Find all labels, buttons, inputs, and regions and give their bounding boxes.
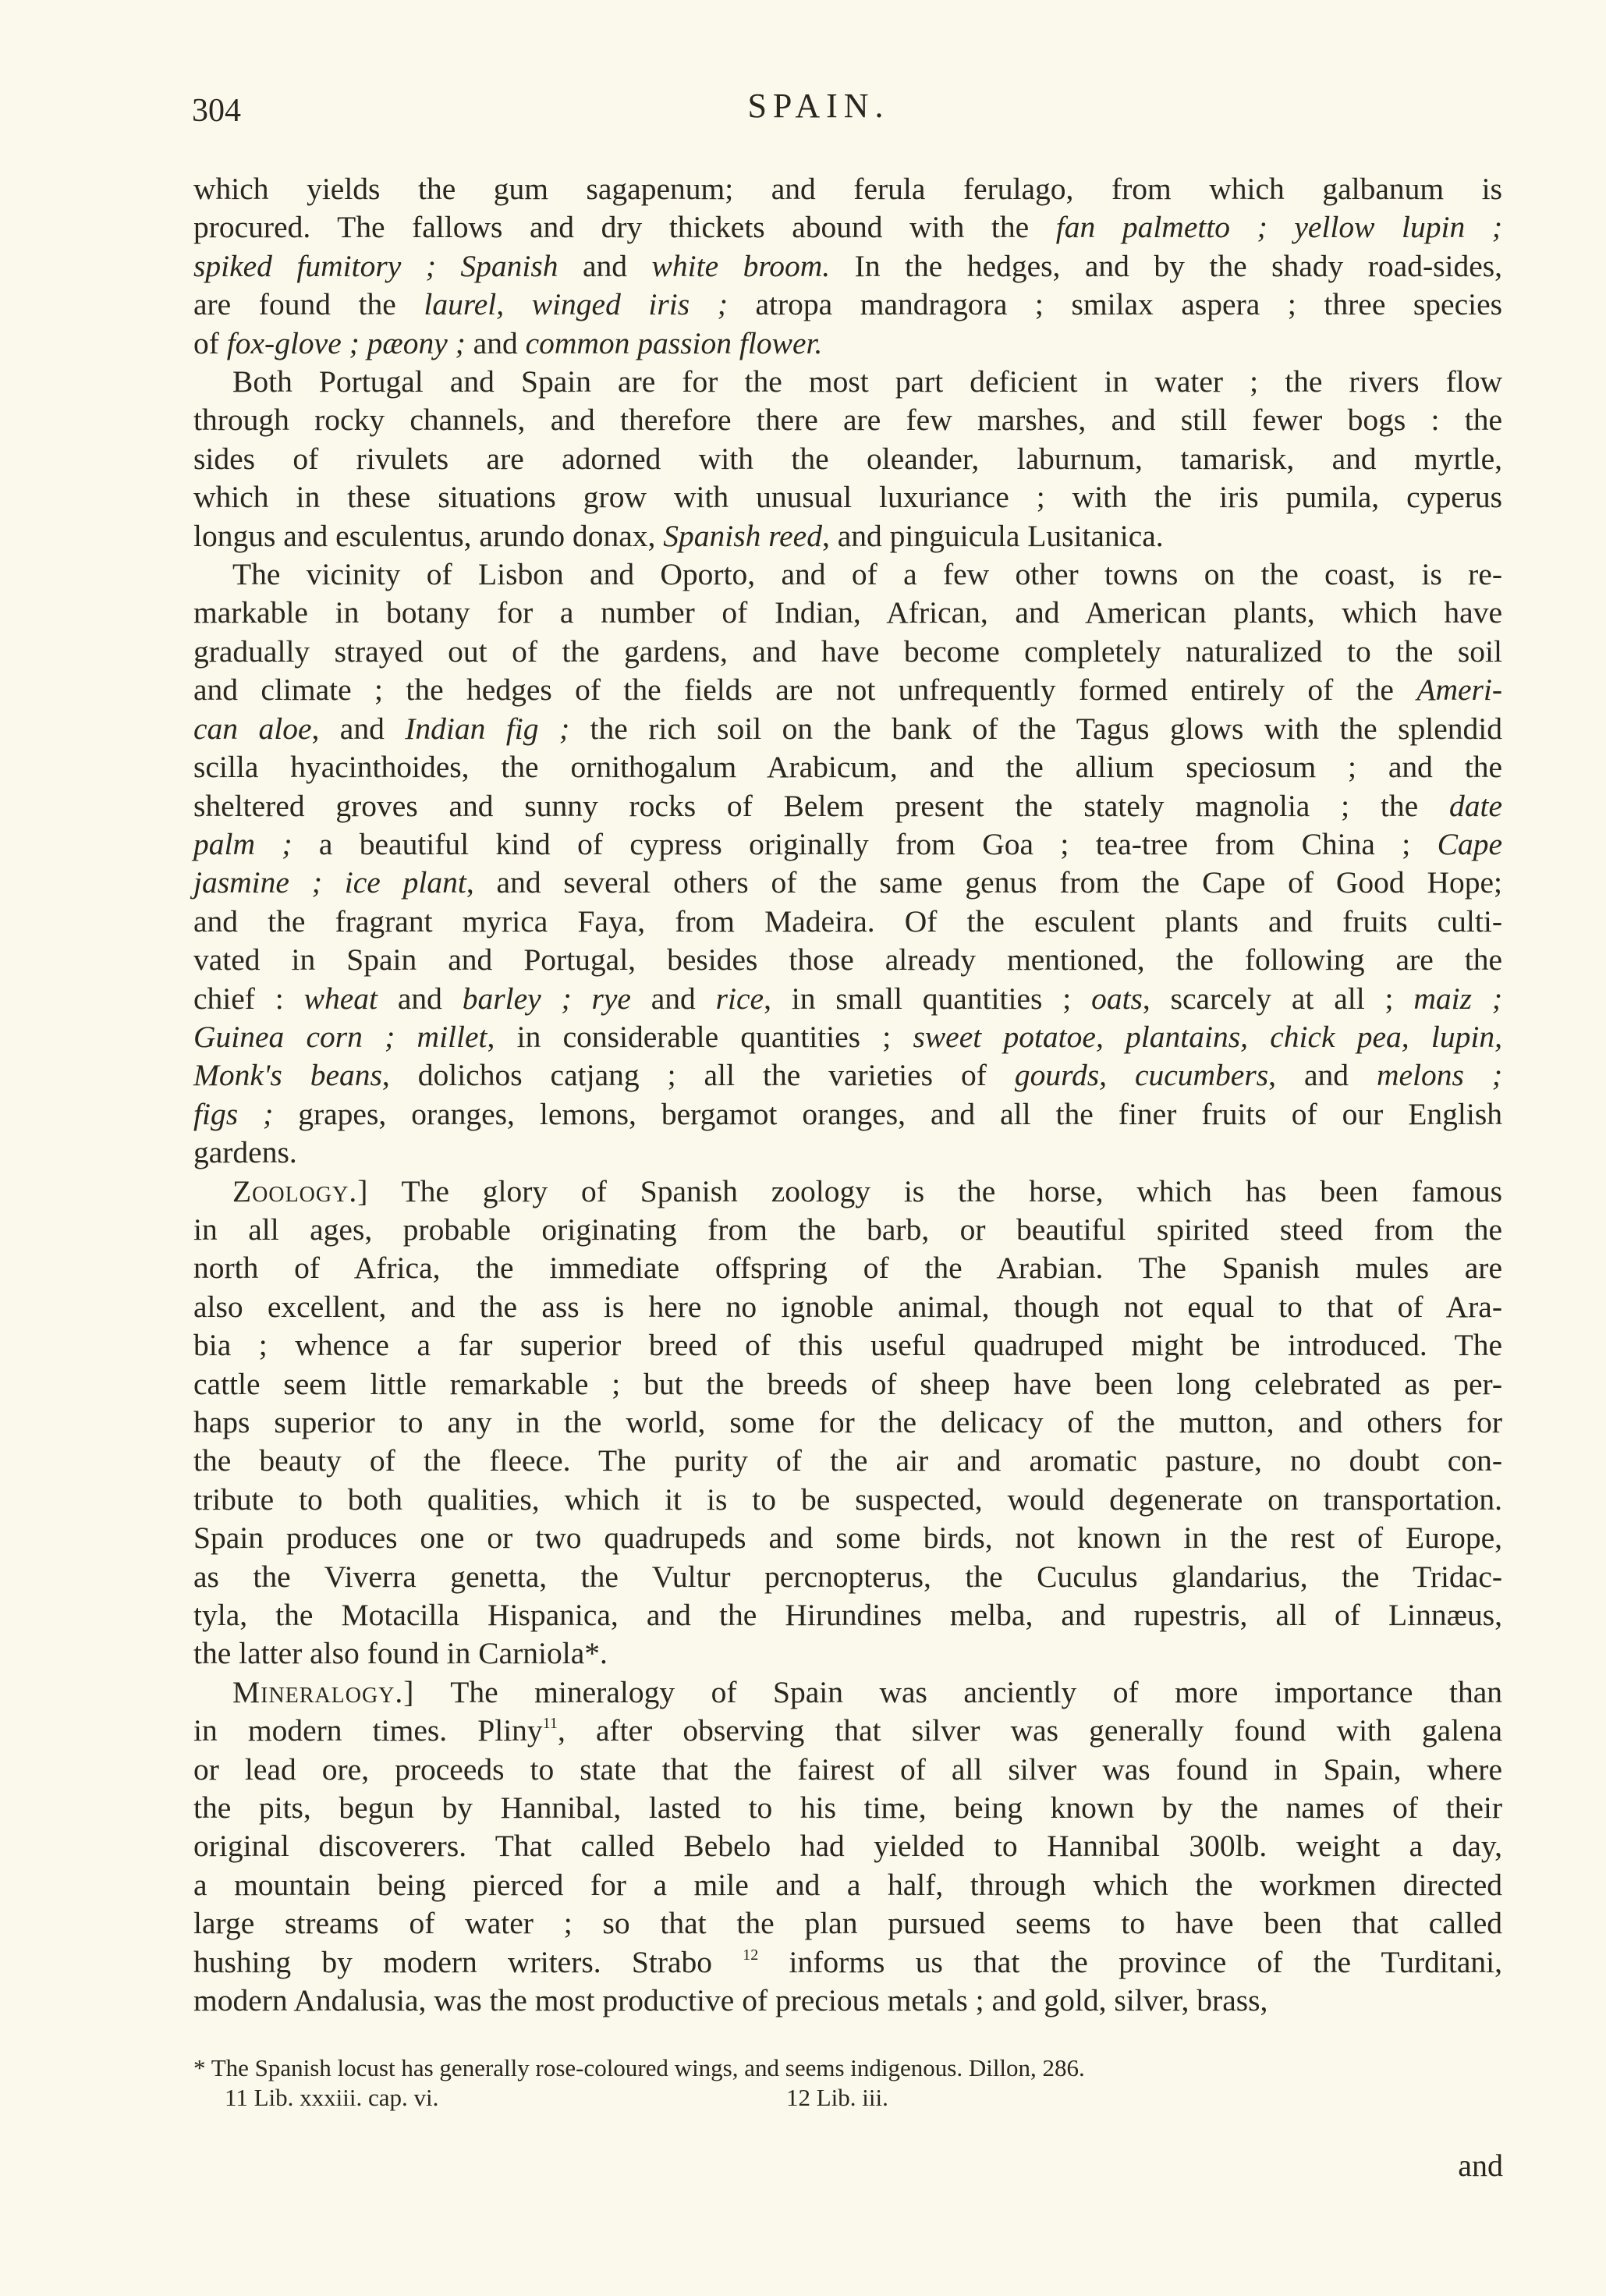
text-segment: and (558, 249, 652, 283)
text-line: Monk's beans, dolichos catjang ; all the… (193, 1056, 1502, 1095)
section-label: Zoology.] (232, 1174, 368, 1208)
text-segment: and (466, 326, 526, 360)
text-line: palm ; a beautiful kind of cypress origi… (193, 825, 1502, 864)
text-segment: scilla hyacinthoides, the ornithogalum A… (193, 750, 1502, 784)
text-line: or lead ore, proceeds to state that the … (193, 1751, 1502, 1789)
text-segment: melons ; (1377, 1058, 1502, 1092)
text-segment: and climate ; the hedges of the fields a… (193, 672, 1416, 707)
text-segment: bia ; whence a far superior breed of thi… (193, 1328, 1502, 1362)
text-segment: , and (1268, 1058, 1377, 1092)
text-segment: atropa mandragora ; smilax aspera ; thre… (728, 287, 1502, 321)
text-segment: north of Africa, the immediate offspring… (193, 1251, 1502, 1285)
text-segment: date (1449, 789, 1502, 823)
text-segment: palm ; (193, 827, 292, 861)
text-line: Mineralogy.] The mineralogy of Spain was… (193, 1673, 1502, 1712)
text-line: the pits, begun by Hannibal, lasted to h… (193, 1789, 1502, 1827)
text-segment: jasmine ; ice plant (193, 865, 466, 900)
text-segment: the pits, begun by Hannibal, lasted to h… (193, 1790, 1502, 1825)
text-segment: through rocky channels, and therefore th… (193, 403, 1502, 437)
text-line: vated in Spain and Portugal, besides tho… (193, 941, 1502, 979)
text-line: in all ages, probable originating from t… (193, 1211, 1502, 1249)
text-line: tribute to both qualities, which it is t… (193, 1481, 1502, 1519)
text-segment: , after observing that silver was genera… (558, 1713, 1502, 1748)
text-segment: , in considerable quantities ; (487, 1020, 913, 1054)
text-line: are found the laurel, winged iris ; atro… (193, 286, 1502, 324)
text-segment: can aloe (193, 712, 311, 746)
text-segment: also excellent, and the ass is here no i… (193, 1290, 1502, 1324)
text-line: tyla, the Motacilla Hispanica, and the H… (193, 1596, 1502, 1634)
text-segment: rice (716, 981, 764, 1016)
text-segment: spiked fumitory ; Spanish (193, 249, 558, 283)
text-segment: sweet potatoe, plantains, chick pea, lup… (913, 1020, 1502, 1054)
text-segment: fox-glove ; pæony ; (227, 326, 466, 360)
text-line: a mountain being pierced for a mile and … (193, 1866, 1502, 1904)
text-segment: Cape (1438, 827, 1502, 861)
text-line: scilla hyacinthoides, the ornithogalum A… (193, 748, 1502, 786)
text-segment: and the fragrant myrica Faya, from Madei… (193, 904, 1502, 939)
text-segment: fan palmetto ; yellow lupin ; (1056, 210, 1502, 244)
text-segment: , scarcely at all ; (1143, 981, 1413, 1016)
footnote-star: * The Spanish locust has generally rose-… (193, 2053, 1502, 2083)
paragraph-water: Both Portugal and Spain are for the most… (193, 363, 1502, 555)
text-line: north of Africa, the immediate offspring… (193, 1249, 1502, 1287)
text-segment: maiz ; (1413, 981, 1502, 1016)
text-line: of fox-glove ; pæony ; and common passio… (193, 325, 1502, 363)
text-segment: a beautiful kind of cypress originally f… (292, 827, 1438, 861)
text-line: chief : wheat and barley ; rye and rice,… (193, 980, 1502, 1018)
text-segment: gardens. (193, 1135, 297, 1169)
text-segment: barley ; rye (463, 981, 631, 1016)
text-segment: Spanish reed (663, 519, 822, 553)
text-line: original discoverers. That called Bebelo… (193, 1827, 1502, 1865)
text-segment: which yields the gum sagapenum; and feru… (193, 172, 1502, 206)
paragraph-zoology: Zoology.] The glory of Spanish zoology i… (193, 1173, 1502, 1673)
text-line: The vicinity of Lisbon and Oporto, and o… (193, 555, 1502, 594)
text-line: Both Portugal and Spain are for the most… (193, 363, 1502, 401)
text-segment: gourds, cucumbers (1015, 1058, 1268, 1092)
footnotes: * The Spanish locust has generally rose-… (193, 2053, 1502, 2113)
text-segment: chief : (193, 981, 304, 1016)
text-segment: a mountain being pierced for a mile and … (193, 1868, 1502, 1902)
text-segment: tribute to both qualities, which it is t… (193, 1482, 1502, 1517)
text-line: as the Viverra genetta, the Vultur percn… (193, 1558, 1502, 1596)
text-segment: of (193, 326, 227, 360)
footnote-row: 11 Lib. xxxiii. cap. vi. 12 Lib. iii. (193, 2083, 1502, 2113)
text-line: which yields the gum sagapenum; and feru… (193, 170, 1502, 208)
text-segment: In the hedges, and by the shady road-sid… (830, 249, 1502, 283)
text-line: Guinea corn ; millet, in considerable qu… (193, 1018, 1502, 1056)
text-segment: or lead ore, proceeds to state that the … (193, 1752, 1502, 1787)
text-line: sheltered groves and sunny rocks of Bele… (193, 787, 1502, 825)
text-segment: the rich soil on the bank of the Tagus g… (569, 712, 1502, 746)
text-segment: Spain produces one or two quadrupeds and… (193, 1521, 1502, 1555)
text-segment: The vicinity of Lisbon and Oporto, and o… (232, 557, 1502, 591)
text-line: figs ; grapes, oranges, lemons, bergamot… (193, 1095, 1502, 1134)
text-segment: the beauty of the fleece. The purity of … (193, 1443, 1502, 1478)
text-line: and the fragrant myrica Faya, from Madei… (193, 903, 1502, 941)
text-segment: in all ages, probable originating from t… (193, 1212, 1502, 1247)
footnote-ref: 12 (743, 1946, 758, 1964)
paragraph-botany-cont: which yields the gum sagapenum; and feru… (193, 170, 1502, 363)
text-segment: wheat (304, 981, 378, 1016)
text-segment: longus and esculentus, arundo donax, (193, 519, 663, 553)
text-line: spiked fumitory ; Spanish and white broo… (193, 247, 1502, 286)
text-line: the latter also found in Carniola*. (193, 1634, 1502, 1673)
text-segment: vated in Spain and Portugal, besides tho… (193, 942, 1502, 977)
paragraph-lisbon: The vicinity of Lisbon and Oporto, and o… (193, 555, 1502, 1173)
section-label: Mineralogy.] (232, 1675, 414, 1709)
text-line: and climate ; the hedges of the fields a… (193, 671, 1502, 709)
text-line: hushing by modern writers. Strabo 12 inf… (193, 1943, 1502, 1982)
text-line: which in these situations grow with unus… (193, 478, 1502, 516)
text-segment: , and (311, 712, 405, 746)
text-segment: sides of rivulets are adorned with the o… (193, 442, 1502, 476)
text-segment: , and pinguicula Lusitanica. (822, 519, 1164, 553)
body-text: which yields the gum sagapenum; and feru… (193, 170, 1502, 2021)
text-segment: large streams of water ; so that the pla… (193, 1906, 1502, 1940)
text-segment: original discoverers. That called Bebelo… (193, 1829, 1502, 1863)
text-segment: figs ; (193, 1097, 273, 1131)
footnote-ref: 11 (543, 1715, 558, 1732)
text-line: modern Andalusia, was the most productiv… (193, 1982, 1502, 2020)
text-line: through rocky channels, and therefore th… (193, 401, 1502, 439)
text-segment: oats (1091, 981, 1143, 1016)
text-segment: markable in botany for a number of India… (193, 595, 1502, 630)
footnote-11: 11 Lib. xxxiii. cap. vi. (193, 2083, 786, 2113)
text-segment: , and several others of the same genus f… (466, 865, 1502, 900)
text-line: gradually strayed out of the gardens, an… (193, 633, 1502, 671)
text-line: can aloe, and Indian fig ; the rich soil… (193, 710, 1502, 748)
catchword: and (1458, 2147, 1503, 2184)
text-line: haps superior to any in the world, some … (193, 1404, 1502, 1442)
text-segment: Monk's beans (193, 1058, 382, 1092)
text-segment: hushing by modern writers. Strabo (193, 1945, 743, 1979)
text-segment: and (378, 981, 463, 1016)
text-segment: tyla, the Motacilla Hispanica, and the H… (193, 1598, 1502, 1632)
text-segment: The mineralogy of Spain was anciently of… (414, 1675, 1502, 1709)
text-segment: modern Andalusia, was the most productiv… (193, 1983, 1267, 2017)
text-line: bia ; whence a far superior breed of thi… (193, 1326, 1502, 1364)
text-line: Zoology.] The glory of Spanish zoology i… (193, 1173, 1502, 1211)
text-segment: which in these situations grow with unus… (193, 480, 1502, 514)
text-segment: haps superior to any in the world, some … (193, 1405, 1502, 1439)
text-line: markable in botany for a number of India… (193, 594, 1502, 632)
text-line: cattle seem little remarkable ; but the … (193, 1365, 1502, 1404)
text-line: Spain produces one or two quadrupeds and… (193, 1519, 1502, 1557)
text-segment: Guinea corn ; millet (193, 1020, 487, 1054)
text-segment: The glory of Spanish zoology is the hors… (368, 1174, 1502, 1208)
footnote-12: 12 Lib. iii. (786, 2083, 888, 2113)
paragraph-mineralogy: Mineralogy.] The mineralogy of Spain was… (193, 1673, 1502, 2021)
text-segment: , in small quantities ; (764, 981, 1091, 1016)
text-line: gardens. (193, 1134, 1502, 1172)
text-segment: grapes, oranges, lemons, bergamot orange… (273, 1097, 1502, 1131)
text-segment: common passion flower. (526, 326, 823, 360)
text-segment: laurel, winged iris ; (424, 287, 727, 321)
text-line: jasmine ; ice plant, and several others … (193, 864, 1502, 902)
text-segment: Indian fig ; (405, 712, 569, 746)
text-segment: are found the (193, 287, 424, 321)
text-segment: procured. The fallows and dry thickets a… (193, 210, 1056, 244)
text-line: in modern times. Pliny11, after observin… (193, 1712, 1502, 1750)
text-segment: informs us that the province of the Turd… (758, 1945, 1502, 1979)
text-segment: white broom. (652, 249, 831, 283)
text-segment: the latter also found in Carniola*. (193, 1636, 608, 1670)
text-segment: cattle seem little remarkable ; but the … (193, 1367, 1502, 1401)
text-segment: in modern times. Pliny (193, 1713, 543, 1748)
text-segment: gradually strayed out of the gardens, an… (193, 634, 1502, 669)
text-line: longus and esculentus, arundo donax, Spa… (193, 517, 1502, 555)
text-line: large streams of water ; so that the pla… (193, 1904, 1502, 1943)
text-segment: , dolichos catjang ; all the varieties o… (382, 1058, 1015, 1092)
text-line: procured. The fallows and dry thickets a… (193, 208, 1502, 247)
text-segment: Both Portugal and Spain are for the most… (232, 364, 1502, 399)
text-line: sides of rivulets are adorned with the o… (193, 440, 1502, 478)
text-segment: Ameri- (1416, 672, 1502, 707)
text-line: also excellent, and the ass is here no i… (193, 1288, 1502, 1326)
running-head: SPAIN. (0, 86, 1606, 126)
text-segment: sheltered groves and sunny rocks of Bele… (193, 789, 1449, 823)
text-segment: as the Viverra genetta, the Vultur percn… (193, 1560, 1502, 1594)
text-segment: and (631, 981, 716, 1016)
text-line: the beauty of the fleece. The purity of … (193, 1442, 1502, 1480)
